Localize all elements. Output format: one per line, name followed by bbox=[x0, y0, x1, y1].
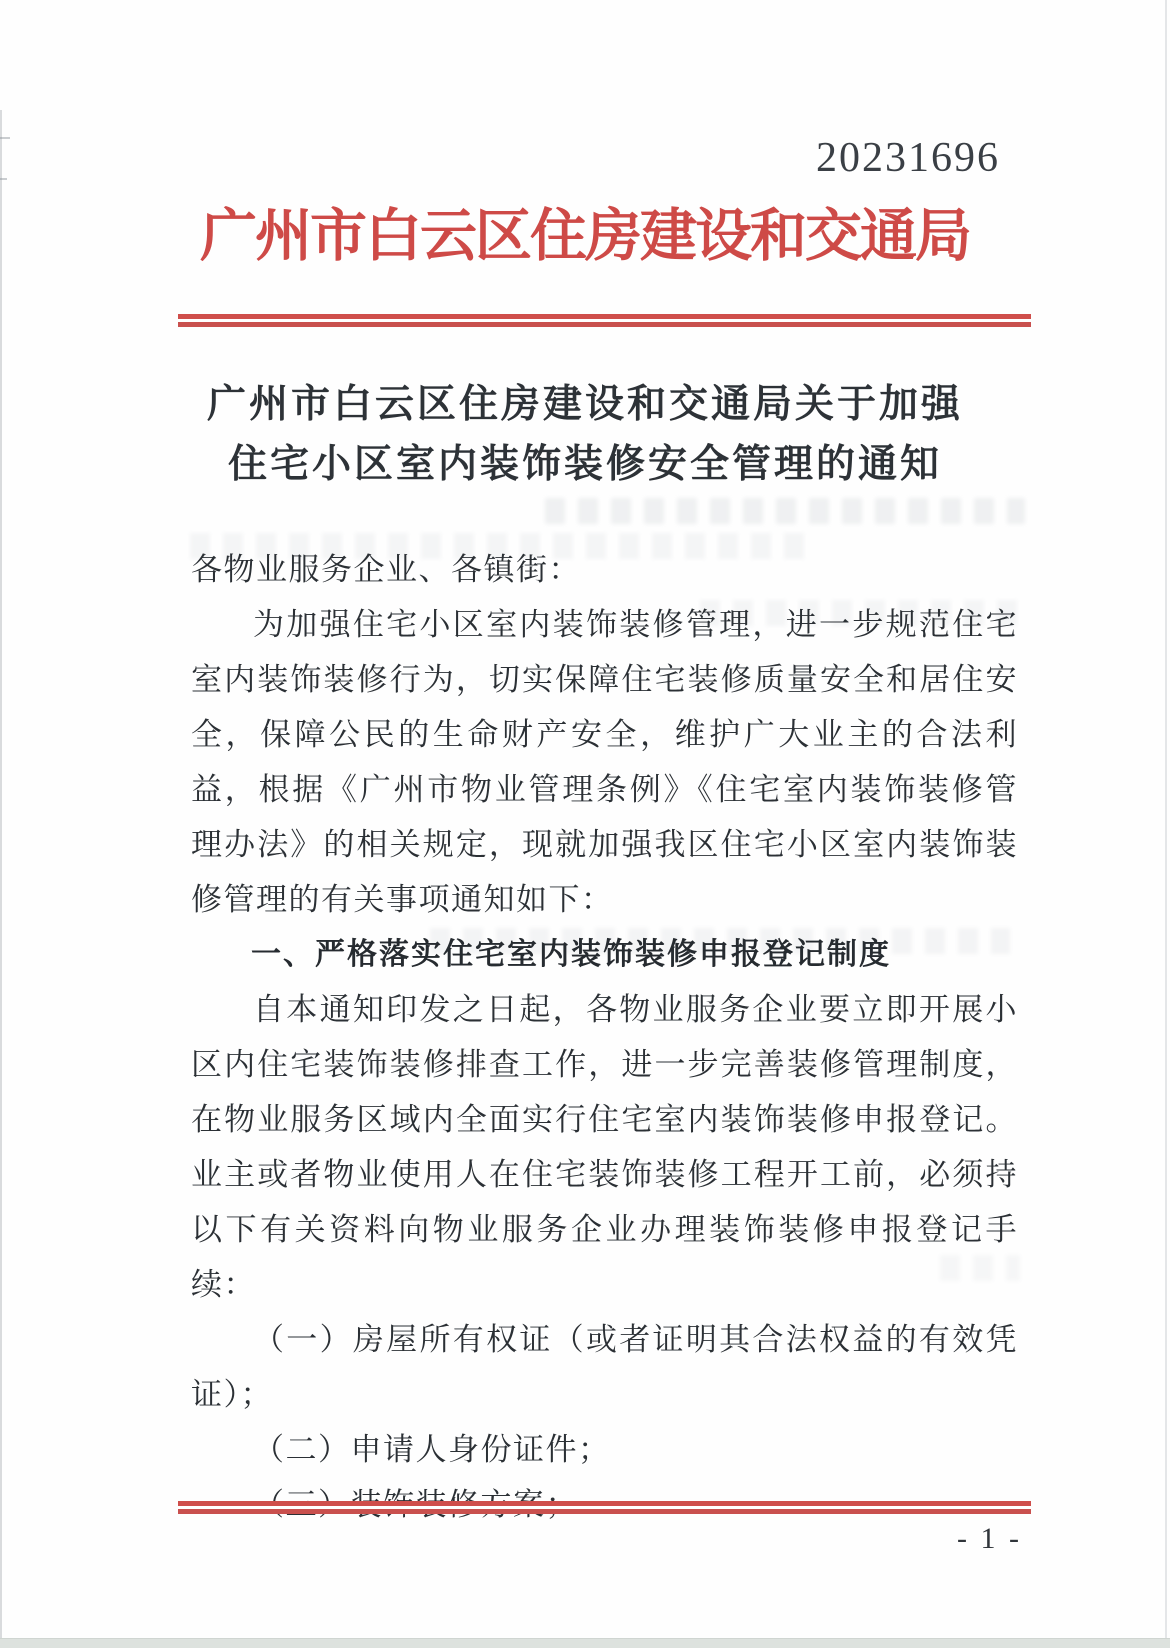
list-item-2: （二）申请人身份证件； bbox=[191, 1422, 1018, 1477]
page-number: - 1 - bbox=[957, 1522, 1022, 1556]
agency-letterhead-title: 广州市白云区住房建设和交通局 bbox=[0, 190, 1170, 272]
scanned-document-page: 20231696 广州市白云区住房建设和交通局 广州市白云区住房建设和交通局关于… bbox=[0, 0, 1170, 1648]
document-title-line1: 广州市白云区住房建设和交通局关于加强 bbox=[0, 375, 1170, 435]
list-item-1: （一）房屋所有权证（或者证明其合法权益的有效凭证）； bbox=[191, 1312, 1018, 1422]
document-title-line2: 住宅小区室内装饰装修安全管理的通知 bbox=[0, 435, 1170, 495]
body-paragraph: 为加强住宅小区室内装饰装修管理，进一步规范住宅室内装饰装修行为，切实保障住宅装修… bbox=[191, 597, 1018, 927]
document-number: 20231696 bbox=[816, 134, 1000, 182]
scan-edge-bottom bbox=[0, 1638, 1170, 1648]
document-body: 各物业服务企业、各镇街： 为加强住宅小区室内装饰装修管理，进一步规范住宅室内装饰… bbox=[191, 542, 1018, 1532]
scan-artifact-tick bbox=[0, 178, 7, 180]
scan-edge-left bbox=[0, 110, 2, 1648]
ink-bleedthrough-artifact bbox=[545, 498, 1025, 524]
footer-red-rule bbox=[178, 1501, 1031, 1514]
salutation-line: 各物业服务企业、各镇街： bbox=[191, 542, 1018, 597]
letterhead-red-rule bbox=[178, 314, 1031, 327]
document-title: 广州市白云区住房建设和交通局关于加强 住宅小区室内装饰装修安全管理的通知 bbox=[0, 375, 1170, 495]
scan-artifact-tick bbox=[0, 137, 10, 139]
body-paragraph: 自本通知印发之日起，各物业服务企业要立即开展小区内住宅装饰装修排查工作，进一步完… bbox=[191, 982, 1018, 1312]
section-1-heading: 一、严格落实住宅室内装饰装修申报登记制度 bbox=[191, 927, 1018, 982]
